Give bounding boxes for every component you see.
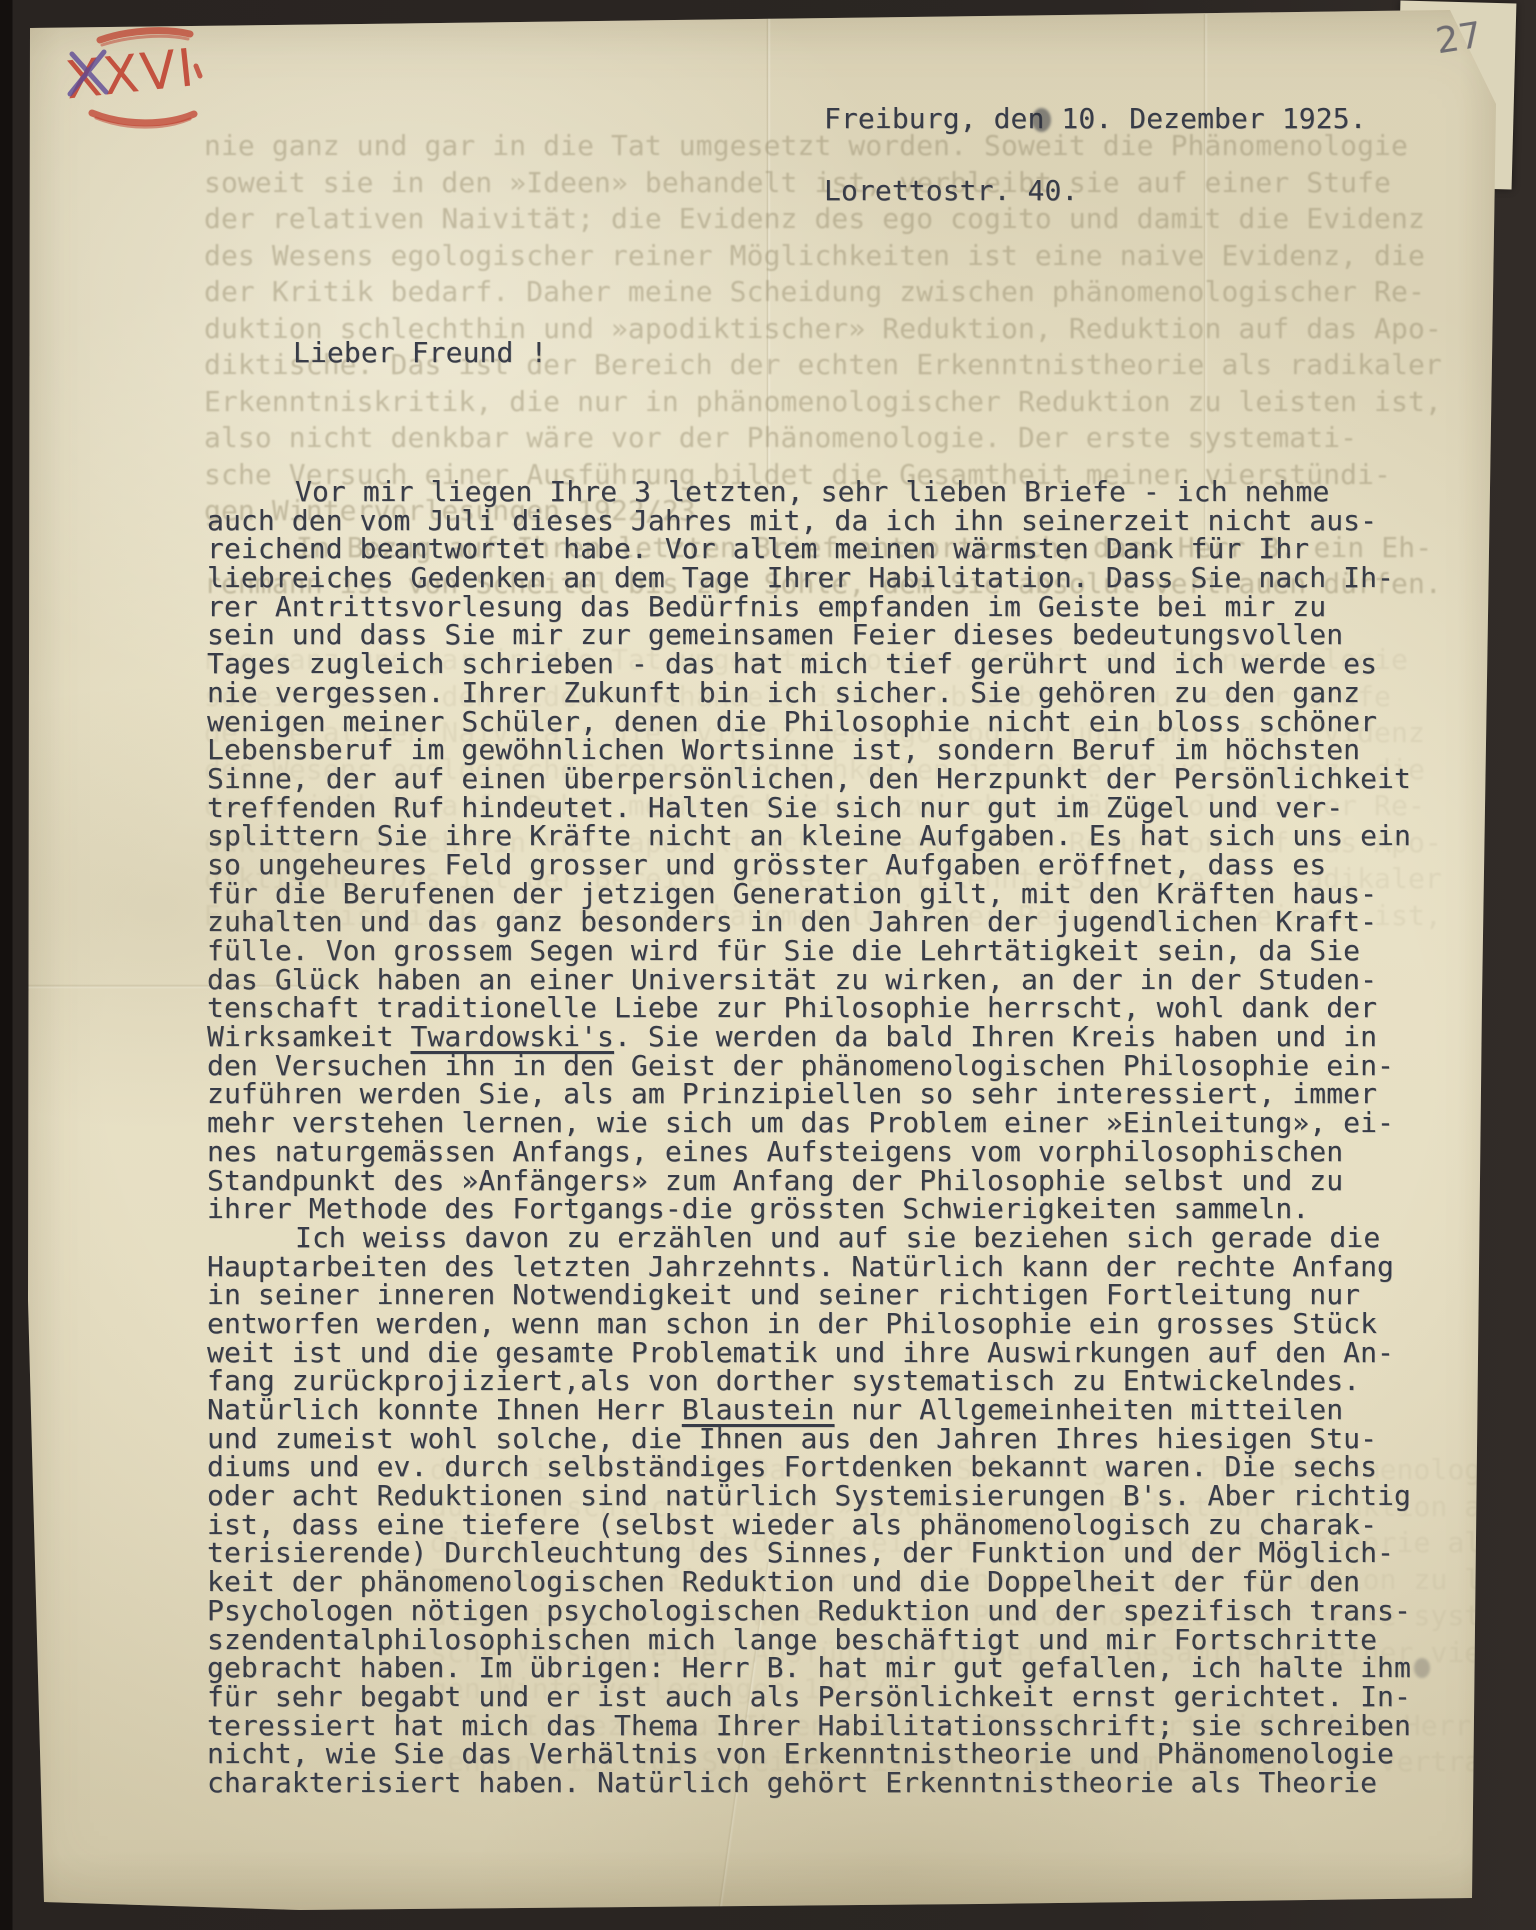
body-line: reichend beantwortet habe. Vor allem mei… bbox=[207, 535, 1411, 564]
body-line: szendentalphilosophischen mich lange bes… bbox=[207, 1626, 1411, 1655]
body-line: Psychologen nötigen psychologischen Redu… bbox=[207, 1597, 1411, 1626]
body-line: nicht, wie Sie das Verhältnis von Erkenn… bbox=[207, 1740, 1411, 1769]
folio-mark-xxvi: XXVI bbox=[48, 18, 248, 148]
body-line: Ich weiss davon zu erzählen und auf sie … bbox=[207, 1224, 1411, 1253]
body-line: Standpunkt des »Anfängers» zum Anfang de… bbox=[207, 1167, 1411, 1196]
body-line: für die Berufenen der jetzigen Generatio… bbox=[207, 880, 1411, 909]
body-line: Natürlich konnte Ihnen Herr Blaustein nu… bbox=[207, 1396, 1411, 1425]
body-line: mehr verstehen lernen, wie sich um das P… bbox=[207, 1109, 1411, 1138]
body-line: nie vergessen. Ihrer Zukunft bin ich sic… bbox=[207, 679, 1411, 708]
page-number-pencil: 27 bbox=[1433, 15, 1485, 63]
body-line: ist, dass eine tiefere (selbst wieder al… bbox=[207, 1511, 1411, 1540]
letter-sheet: nie ganz und gar in die Tat umgesetzt wo… bbox=[0, 0, 1536, 1930]
body-line: auch den vom Juli dieses Jahres mit, da … bbox=[207, 507, 1411, 536]
body-line: fülle. Von grossem Segen wird für Sie di… bbox=[207, 937, 1411, 966]
body-line: Hauptarbeiten des letzten Jahrzehnts. Na… bbox=[207, 1253, 1411, 1282]
body-line: entworfen werden, wenn man schon in der … bbox=[207, 1310, 1411, 1339]
body-line: oder acht Reduktionen sind natürlich Sys… bbox=[207, 1482, 1411, 1511]
scanned-letter-page: { "annotations": { "folio_mark": "XXVI",… bbox=[0, 0, 1536, 1930]
bleedthrough-line: also nicht denkbar wäre vor der Phänomen… bbox=[204, 420, 1494, 457]
body-line: nes naturgemässen Anfangs, eines Aufstei… bbox=[207, 1138, 1411, 1167]
bleedthrough-line: des Wesens egologischer reiner Möglichke… bbox=[204, 238, 1494, 275]
body-line: das Glück haben an einer Universität zu … bbox=[207, 966, 1411, 995]
body-line: zuführen werden Sie, als am Prinzipielle… bbox=[207, 1080, 1411, 1109]
body-line: für sehr begabt und er ist auch als Pers… bbox=[207, 1683, 1411, 1712]
vertical-crease bbox=[1203, 14, 1208, 554]
salutation: Lieber Freund ! bbox=[293, 338, 547, 368]
body-line: terisierende) Durchleuchtung des Sinnes,… bbox=[207, 1539, 1411, 1568]
body-line: sein und dass Sie mir zur gemeinsamen Fe… bbox=[207, 621, 1411, 650]
body-line: so ungeheures Feld grosser und grösster … bbox=[207, 851, 1411, 880]
body-line: Lebensberuf im gewöhnlichen Wortsinne is… bbox=[207, 736, 1411, 765]
address-line: Lorettostr. 40. bbox=[824, 176, 1078, 206]
body-line: diums und ev. durch selbständiges Fortde… bbox=[207, 1453, 1411, 1482]
red-dot bbox=[196, 66, 200, 76]
body-line: Sinne, der auf einen überpersönlichen, d… bbox=[207, 765, 1411, 794]
body-line: wenigen meiner Schüler, denen die Philos… bbox=[207, 708, 1411, 737]
ink-overstrike-ihm bbox=[1414, 1658, 1430, 1678]
body-line: Tages zugleich schrieben - das hat mich … bbox=[207, 650, 1411, 679]
letter-body: Vor mir liegen Ihre 3 letzten, sehr lieb… bbox=[207, 478, 1411, 1798]
body-line: Vor mir liegen Ihre 3 letzten, sehr lieb… bbox=[207, 478, 1411, 507]
dateline: Freiburg, den 10. Dezember 1925. bbox=[824, 104, 1367, 134]
body-line: splittern Sie ihre Kräfte nicht an klein… bbox=[207, 822, 1411, 851]
body-line: rer Antrittsvorlesung das Bedürfnis empf… bbox=[207, 593, 1411, 622]
body-line: charakterisiert haben. Natürlich gehört … bbox=[207, 1769, 1411, 1798]
vertical-crease bbox=[766, 18, 771, 488]
body-line: fang zurückprojiziert‚als von dorther sy… bbox=[207, 1367, 1411, 1396]
body-line: liebreiches Gedenken an dem Tage Ihrer H… bbox=[207, 564, 1411, 593]
body-line: Wirksamkeit Twardowski's. Sie werden da … bbox=[207, 1023, 1411, 1052]
body-line: tenschaft traditionelle Liebe zur Philos… bbox=[207, 994, 1411, 1023]
body-line: zuhalten und das ganz besonders in den J… bbox=[207, 908, 1411, 937]
body-line: ihrer Methode des Fortgangs-die grössten… bbox=[207, 1195, 1411, 1224]
body-line: teressiert hat mich das Thema Ihrer Habi… bbox=[207, 1712, 1411, 1741]
body-line: weit ist und die gesamte Problematik und… bbox=[207, 1339, 1411, 1368]
ink-overstrike-date bbox=[1032, 108, 1051, 132]
body-line: gebracht haben. Im übrigen: Herr B. hat … bbox=[207, 1654, 1411, 1683]
body-line: den Versuchen ihn in den Geist der phäno… bbox=[207, 1052, 1411, 1081]
body-line: in seiner inneren Notwendigkeit und sein… bbox=[207, 1281, 1411, 1310]
body-line: und zumeist wohl solche, die Ihnen aus d… bbox=[207, 1425, 1411, 1454]
body-line: keit der phänomenologischen Reduktion un… bbox=[207, 1568, 1411, 1597]
bleedthrough-line: Erkenntniskritik, die nur in phänomenolo… bbox=[204, 384, 1494, 421]
bleedthrough-line: der Kritik bedarf. Daher meine Scheidung… bbox=[204, 274, 1494, 311]
body-line: treffenden Ruf hindeutet. Halten Sie sic… bbox=[207, 794, 1411, 823]
